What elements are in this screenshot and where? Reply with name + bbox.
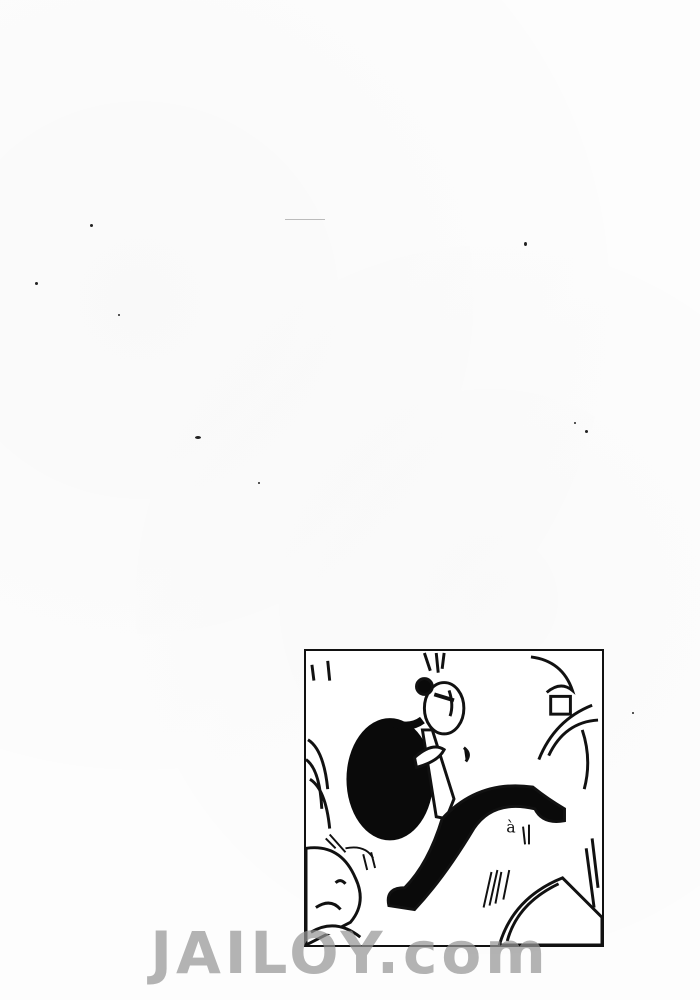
ink-speck xyxy=(632,712,634,714)
panel-caption-glyph: à xyxy=(506,818,515,837)
right-foliage xyxy=(531,657,598,908)
panel-illustration: à xyxy=(306,651,602,945)
ink-speck xyxy=(258,482,260,484)
left-foliage xyxy=(306,661,330,829)
top-grass xyxy=(424,653,444,673)
ink-speck xyxy=(195,436,201,439)
ink-speck xyxy=(524,242,527,246)
ink-speck xyxy=(90,224,93,227)
ink-speck xyxy=(118,314,120,316)
ink-speck xyxy=(285,219,325,220)
black-sack xyxy=(346,718,433,840)
ink-speck xyxy=(35,282,38,285)
ink-speck xyxy=(574,422,576,424)
ink-speck xyxy=(585,430,588,433)
watermark-text: JAILOY.com xyxy=(0,918,700,988)
comic-panel: à xyxy=(304,649,604,947)
